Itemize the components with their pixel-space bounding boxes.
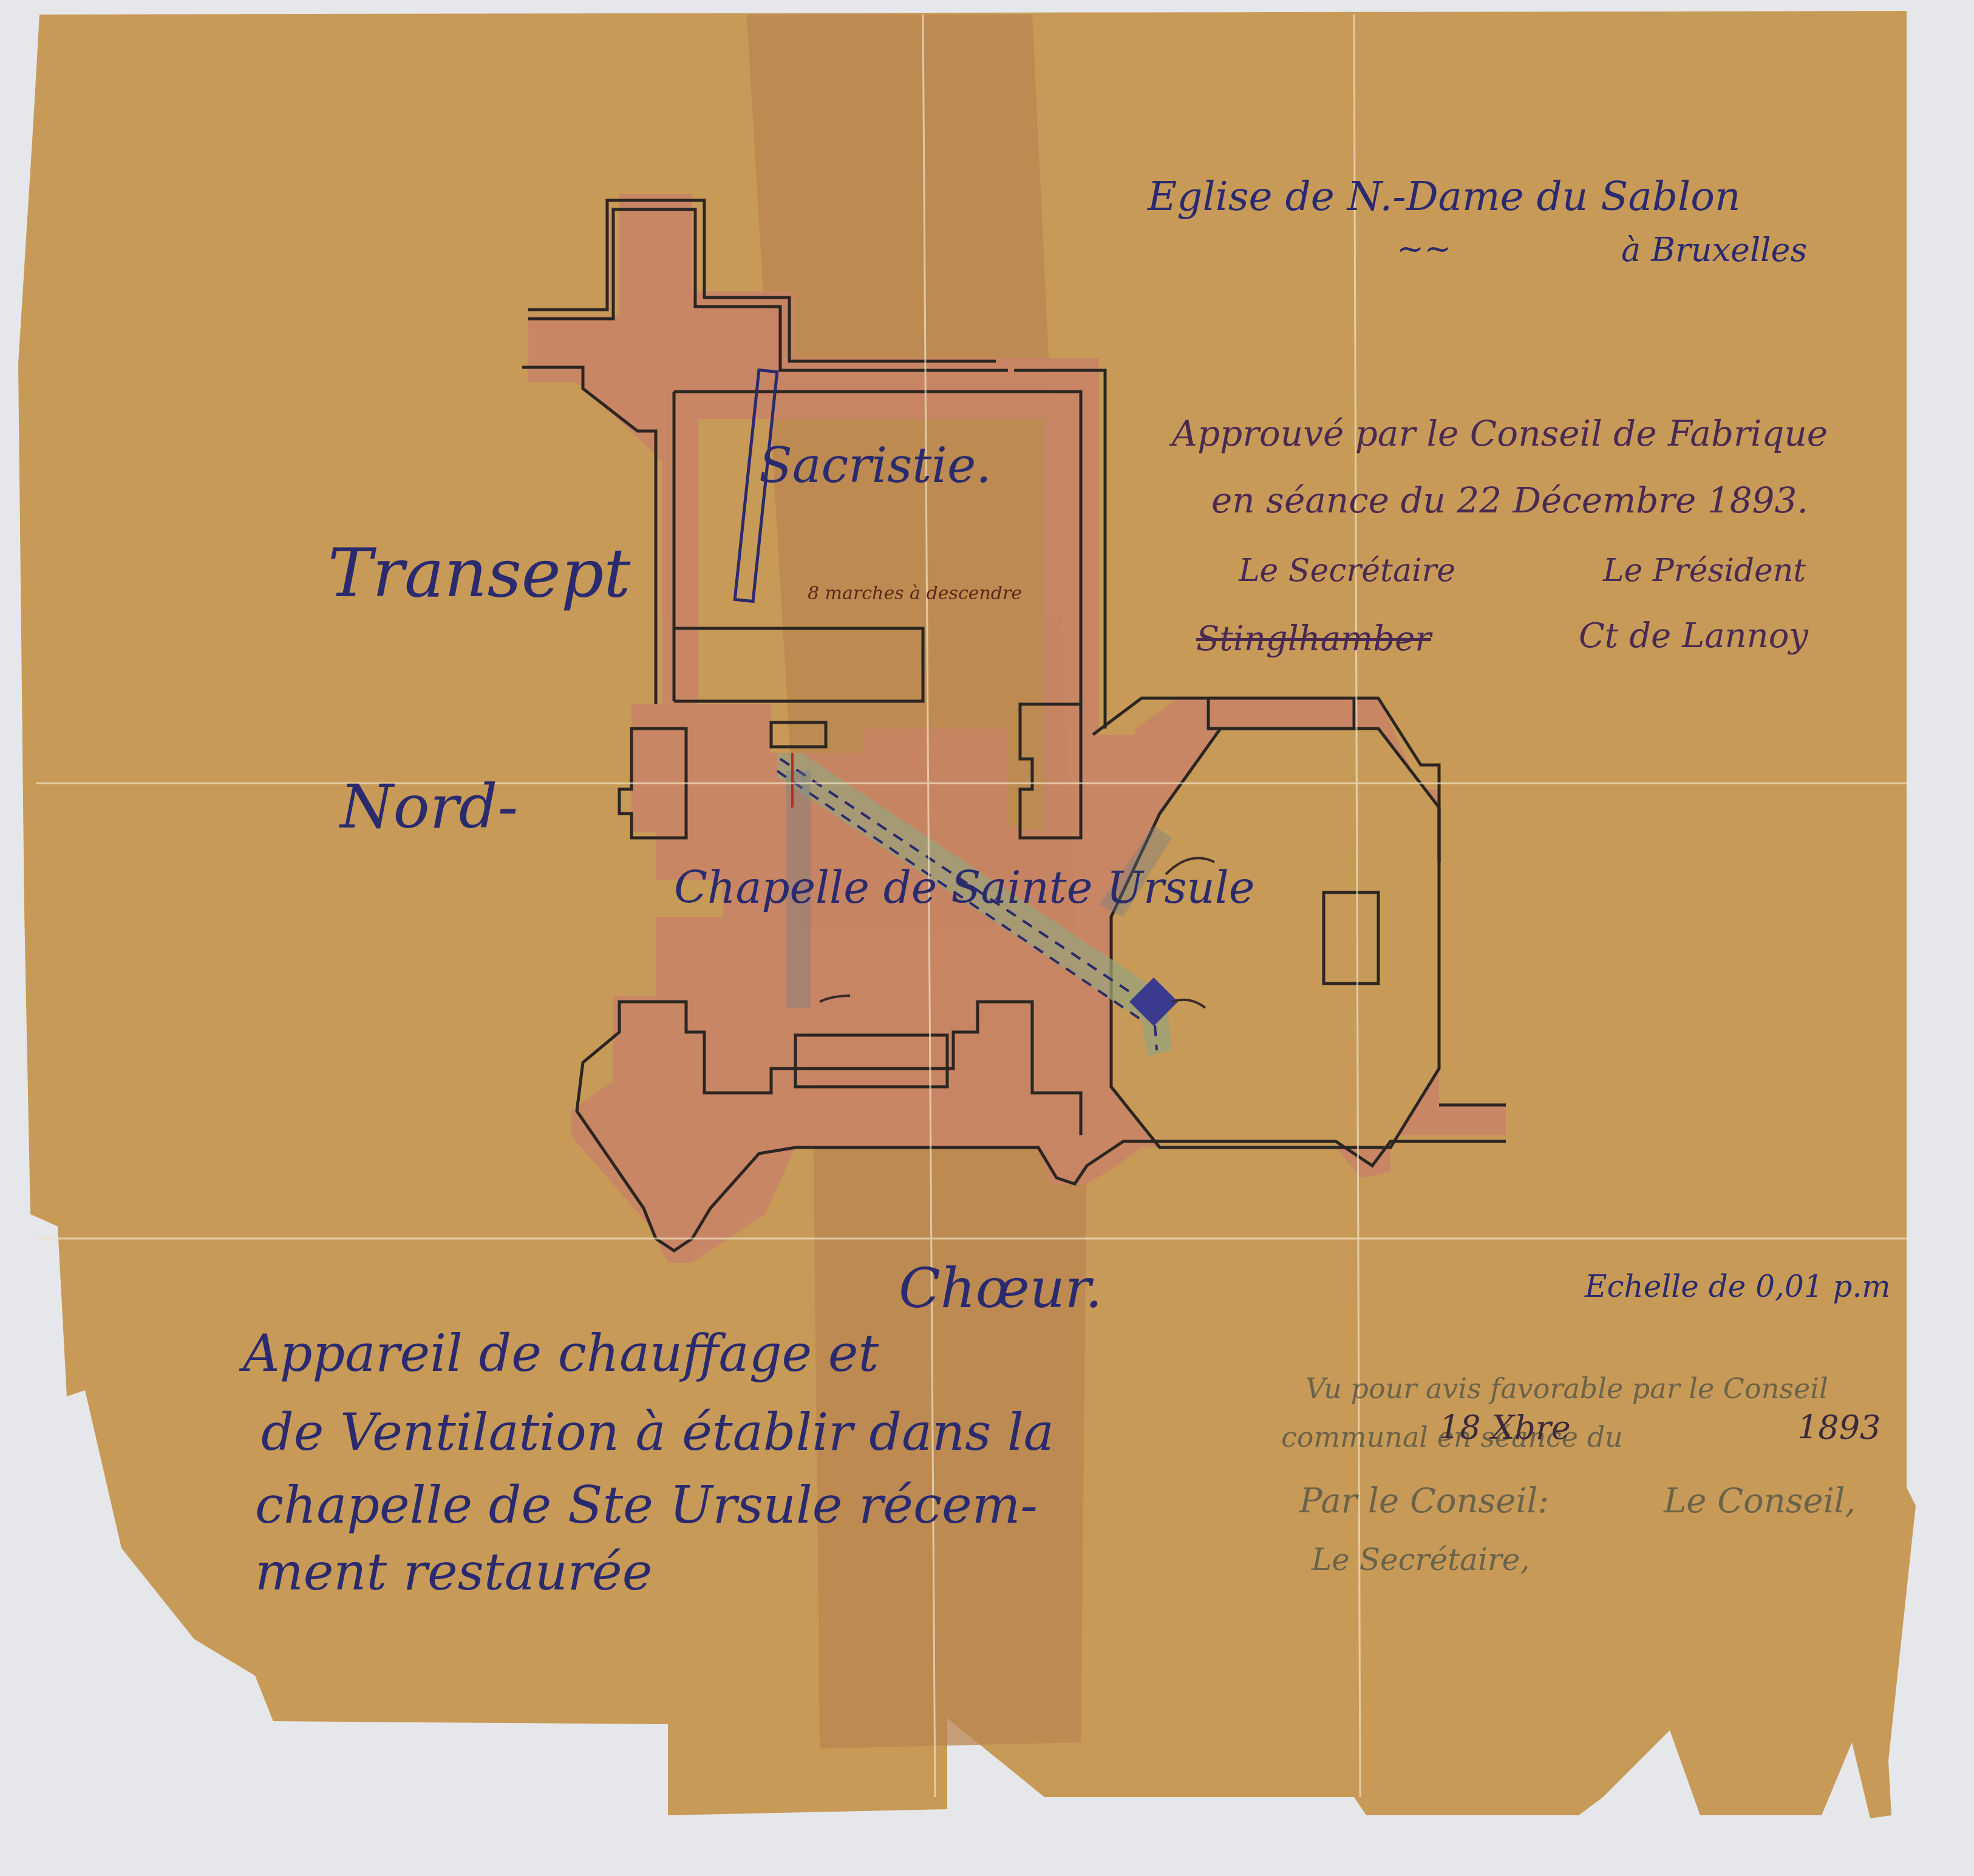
choeur-label: Chœur.: [899, 1257, 1103, 1320]
communal-approval-line1: Vu pour avis favorable par le Conseil: [1305, 1372, 1828, 1405]
scale-label: Echelle de 0,01 p.m: [1585, 1269, 1891, 1304]
steps-note: 8 marches à descendre: [808, 583, 1022, 604]
communal-approval-year: 1893: [1797, 1409, 1880, 1447]
title-swash: ~~: [1397, 229, 1452, 268]
description-line2: de Ventilation à établir dans la: [261, 1402, 1054, 1462]
fabrique-approval-line1: Approuvé par le Conseil de Fabrique: [1172, 413, 1828, 454]
transept-label: Transept: [328, 534, 631, 612]
chapel-label: Chapelle de Sainte Ursule: [674, 862, 1254, 913]
description-line4: ment restaurée: [255, 1542, 652, 1602]
par-le-conseil-label: Par le Conseil:: [1299, 1481, 1549, 1521]
le-conseil-label: Le Conseil,: [1664, 1481, 1856, 1521]
document-title: Eglise de N.-Dame du Sablon: [1148, 173, 1740, 220]
president-label: Le Président: [1603, 552, 1806, 589]
description-line1: Appareil de chauffage et: [243, 1324, 879, 1383]
document-sheet: Eglise de N.-Dame du Sablon ~~ à Bruxell…: [0, 0, 1974, 1876]
secretary-signature: Stinglhamber: [1196, 619, 1431, 659]
location-label: à Bruxelles: [1621, 231, 1807, 269]
sacristie-label: Sacristie.: [759, 437, 992, 494]
nord-label: Nord-: [340, 771, 518, 842]
communal-approval-date: 18 Xbre: [1439, 1409, 1571, 1447]
president-signature: Ct de Lannoy: [1579, 616, 1808, 656]
le-secretaire-label: Le Secrétaire,: [1312, 1542, 1530, 1577]
secretary-label: Le Secrétaire: [1239, 552, 1455, 589]
fabrique-approval-line2: en séance du 22 Décembre 1893.: [1211, 480, 1808, 521]
description-line3: chapelle de Ste Ursule récem-: [255, 1475, 1038, 1535]
